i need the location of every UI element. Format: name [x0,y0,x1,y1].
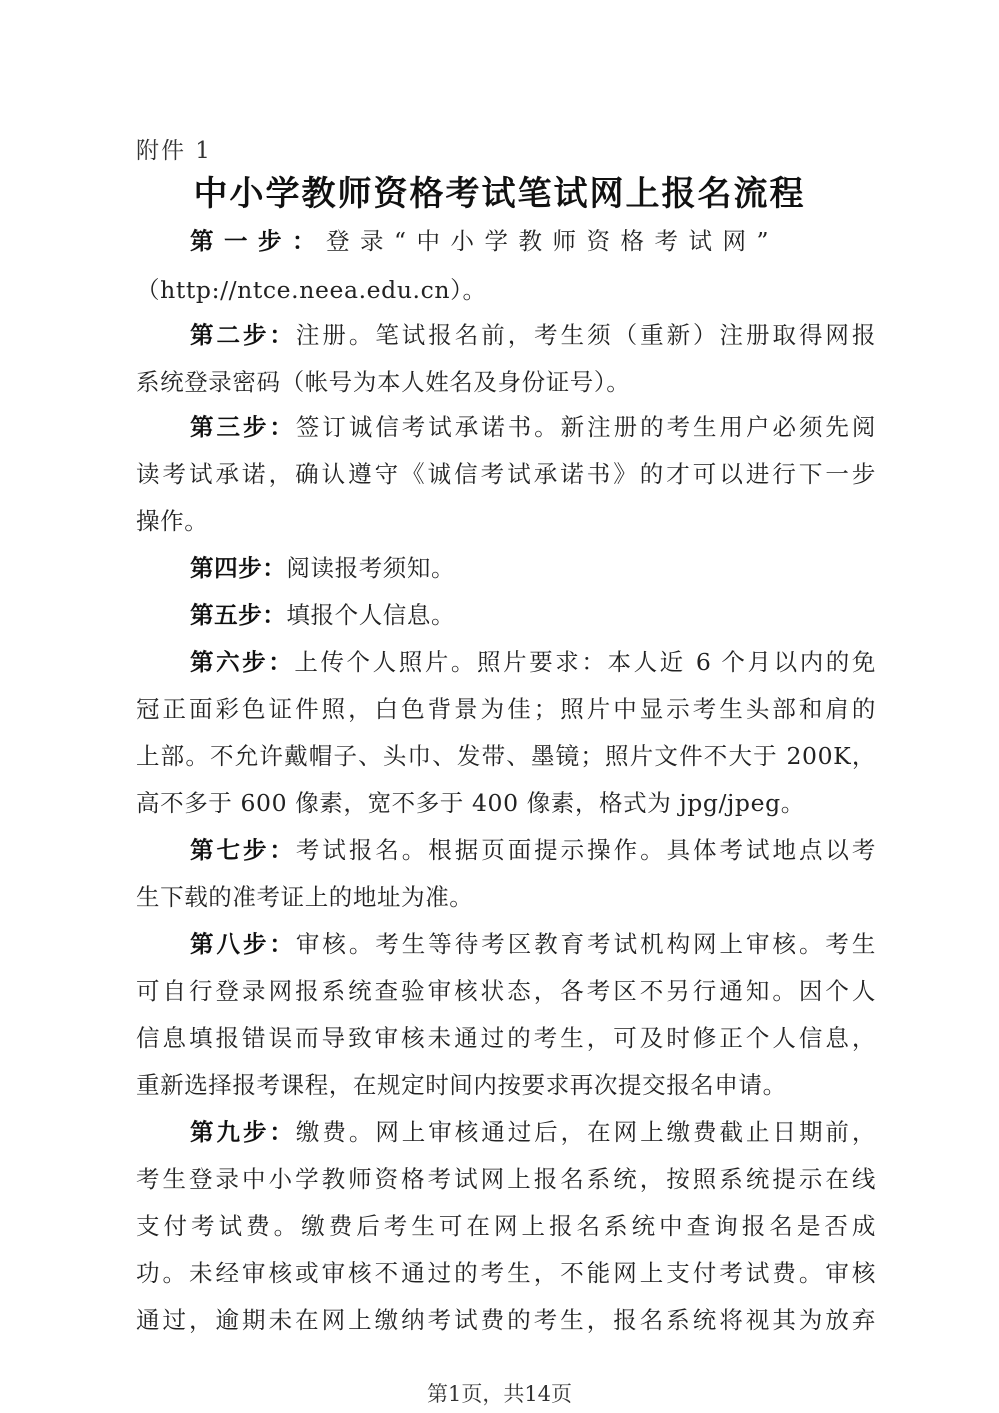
step-9-line-3: 支付考试费。缴费后考生可在网上报名系统中查询报名是否成 [136,1211,876,1241]
step-9-line-4: 功。未经审核或审核不通过的考生，不能网上支付考试费。审核 [136,1258,876,1288]
step-9-line-5: 通过，逾期未在网上缴纳考试费的考生，报名系统将视其为放弃 [136,1305,876,1335]
step-6-line-3: 上部。不允许戴帽子、头巾、发带、墨镜；照片文件不大于 200K， [136,741,876,771]
step-label: 第五步： [190,601,286,629]
step-8-line-4: 重新选择报考课程，在规定时间内按要求再次提交报名申请。 [136,1070,876,1100]
step-label: 第二步： [190,321,296,349]
step-label: 第六步： [190,648,294,676]
step-8-line-2: 可自行登录网报系统查验审核状态，各考区不另行通知。因个人 [136,976,876,1006]
step-9: 第九步：缴费。网上审核通过后，在网上缴费截止日期前， [190,1117,876,1147]
step-label: 第七步： [190,836,296,864]
step-label: 第一步： [190,227,326,255]
step-text: 上传个人照片。照片要求：本人近 6 个月以内的免 [294,648,876,676]
step-text: 审核。考生等待考区教育考试机构网上审核。考生 [296,930,876,958]
step-5: 第五步：填报个人信息。 [190,600,876,630]
step-text: 注册。笔试报名前，考生须（重新）注册取得网报 [296,321,876,349]
step-3-line-3: 操作。 [136,506,876,536]
step-label: 第九步： [190,1118,296,1146]
step-7: 第七步：考试报名。根据页面提示操作。具体考试地点以考 [190,835,876,865]
step-text: 阅读报考须知。 [286,554,455,582]
step-6-line-2: 冠正面彩色证件照，白色背景为佳；照片中显示考生头部和肩的 [136,694,876,724]
step-text: 缴费。网上审核通过后，在网上缴费截止日期前， [296,1118,876,1146]
step-3-line-2: 读考试承诺，确认遵守《诚信考试承诺书》的才可以进行下一步 [136,459,876,489]
page-number: 第1页，共14页 [0,1378,999,1408]
step-3: 第三步：签订诚信考试承诺书。新注册的考生用户必须先阅 [190,412,876,442]
step-label: 第三步： [190,413,296,441]
document-page: 附件 1 中小学教师资格考试笔试网上报名流程 第一步：登录“中小学教师资格考试网… [0,0,999,1413]
step-8: 第八步：审核。考生等待考区教育考试机构网上审核。考生 [190,929,876,959]
step-4: 第四步：阅读报考须知。 [190,553,876,583]
step-text: 填报个人信息。 [286,601,455,629]
step-text: 签订诚信考试承诺书。新注册的考生用户必须先阅 [296,413,876,441]
step-1-line-2: （http://ntce.neea.edu.cn）。 [136,275,876,305]
step-2-line-2: 系统登录密码（帐号为本人姓名及身份证号）。 [136,367,876,397]
step-6-line-4: 高不多于 600 像素，宽不多于 400 像素，格式为 jpg/jpeg。 [136,788,876,818]
step-6: 第六步：上传个人照片。照片要求：本人近 6 个月以内的免 [190,647,876,677]
step-label: 第四步： [190,554,286,582]
step-7-line-2: 生下载的准考证上的地址为准。 [136,882,876,912]
step-1: 第一步：登录“中小学教师资格考试网” [190,226,876,256]
step-label: 第八步： [190,930,296,958]
step-2: 第二步：注册。笔试报名前，考生须（重新）注册取得网报 [190,320,876,350]
annex-label: 附件 1 [136,132,212,165]
step-text: 考试报名。根据页面提示操作。具体考试地点以考 [296,836,876,864]
step-9-line-2: 考生登录中小学教师资格考试网上报名系统，按照系统提示在线 [136,1164,876,1194]
step-text: 登录“中小学教师资格考试网” [326,227,779,255]
step-8-line-3: 信息填报错误而导致审核未通过的考生，可及时修正个人信息， [136,1023,876,1053]
document-title: 中小学教师资格考试笔试网上报名流程 [0,166,999,215]
